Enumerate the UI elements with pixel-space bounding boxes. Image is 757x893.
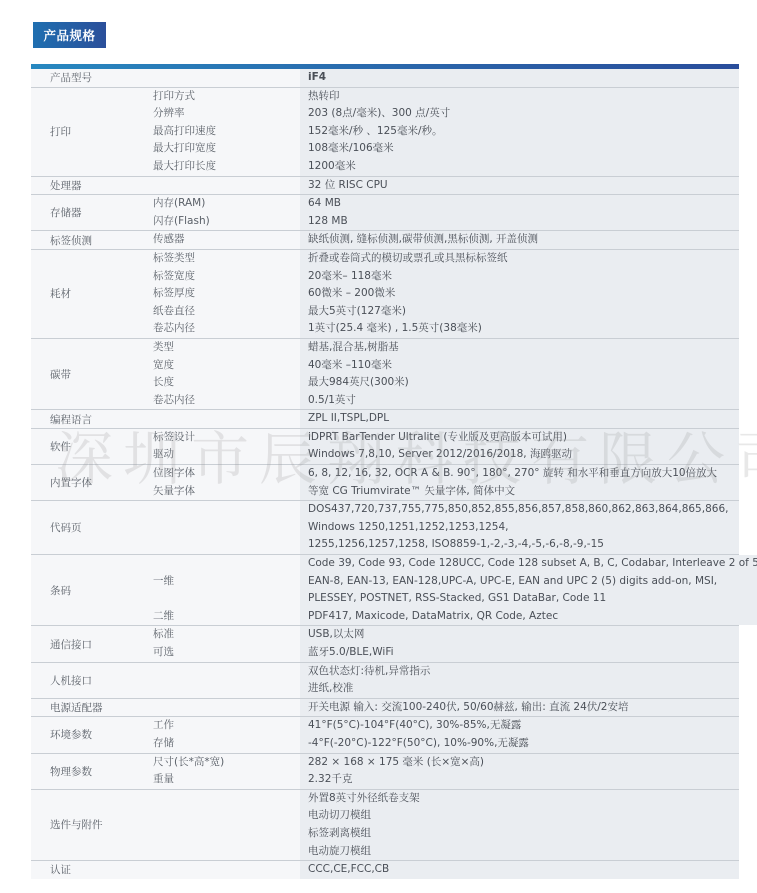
spec-subcategory: 最大打印宽度: [153, 140, 300, 158]
spec-subcategory: 标签宽度: [153, 268, 300, 286]
spec-value: 41°F(5°C)-104°F(40°C), 30%-85%,无凝露: [308, 717, 739, 735]
spec-subcategory: 分辨率: [153, 105, 300, 123]
spec-group: 代码页DOS437,720,737,755,775,850,852,855,85…: [31, 501, 739, 555]
spec-category: 人机接口: [31, 663, 153, 698]
spec-category: 内置字体: [31, 465, 153, 500]
spec-subcategory: 工作: [153, 717, 300, 735]
spec-subcategory: 纸卷直径: [153, 303, 300, 321]
spec-group: 通信接口标准可选USB,以太网蓝牙5.0/BLE,WiFi: [31, 626, 739, 662]
spec-value: 60微米 – 200微米: [308, 285, 739, 303]
spec-value: EAN-8, EAN-13, EAN-128,UPC-A, UPC-E, EAN…: [308, 573, 757, 591]
spec-value: 2.32千克: [308, 771, 739, 789]
spec-subcategory-column: [153, 790, 300, 860]
spec-value-column: Code 39, Code 93, Code 128UCC, Code 128 …: [300, 555, 757, 625]
spec-category: 编程语言: [31, 410, 153, 428]
spec-subcategory: [153, 680, 300, 698]
spec-group: 耗材标签类型标签宽度标签厚度纸卷直径卷芯内径折叠或卷筒式的模切或票孔或具黑标标签…: [31, 250, 739, 339]
spec-value-column: 282 × 168 × 175 毫米 (长×宽×高)2.32千克: [300, 754, 739, 789]
spec-subcategory: [153, 699, 300, 717]
spec-value: 热转印: [308, 88, 739, 106]
spec-subcategory-column: 标准可选: [153, 626, 300, 661]
spec-subcategory: [153, 177, 300, 195]
spec-subcategory-column: 内存(RAM)闪存(Flash): [153, 195, 300, 230]
spec-category: 环境参数: [31, 717, 153, 752]
spec-category: 软件: [31, 429, 153, 464]
spec-value: 蓝牙5.0/BLE,WiFi: [308, 644, 739, 662]
spec-value: Windows 7,8,10, Server 2012/2016/2018, 海…: [308, 446, 739, 464]
spec-value: Code 39, Code 93, Code 128UCC, Code 128 …: [308, 555, 757, 573]
spec-category: 耗材: [31, 250, 153, 338]
spec-subcategory: 长度: [153, 374, 300, 392]
spec-value: 128 MB: [308, 213, 739, 231]
spec-group: 软件标签设计驱动iDPRT BarTender Ultralite (专业版及更…: [31, 429, 739, 465]
spec-value: ZPL II,TSPL,DPL: [308, 410, 739, 428]
spec-value-column: DOS437,720,737,755,775,850,852,855,856,8…: [300, 501, 739, 554]
spec-subcategory: 卷芯内径: [153, 392, 300, 410]
spec-subcategory-column: 工作存储: [153, 717, 300, 752]
spec-subcategory: [153, 590, 300, 608]
spec-group: 内置字体位图字体矢量字体6, 8, 12, 16, 32, OCR A & B.…: [31, 465, 739, 501]
spec-value: 双色状态灯:待机,异常指示: [308, 663, 739, 681]
spec-subcategory: [153, 410, 300, 428]
spec-value: 折叠或卷筒式的模切或票孔或具黑标标签纸: [308, 250, 739, 268]
spec-subcategory: 标签设计: [153, 429, 300, 447]
spec-group: 环境参数工作存储41°F(5°C)-104°F(40°C), 30%-85%,无…: [31, 717, 739, 753]
spec-value-column: 41°F(5°C)-104°F(40°C), 30%-85%,无凝露-4°F(-…: [300, 717, 739, 752]
spec-subcategory: 标准: [153, 626, 300, 644]
spec-subcategory: 最高打印速度: [153, 123, 300, 141]
spec-value-column: 双色状态灯:待机,异常指示进纸,校准: [300, 663, 739, 698]
spec-subcategory-column: [153, 501, 300, 554]
spec-subcategory: 二维: [153, 608, 300, 626]
spec-subcategory-column: 位图字体矢量字体: [153, 465, 300, 500]
spec-value: 最大5英寸(127毫米): [308, 303, 739, 321]
spec-value: 203 (8点/毫米)、300 点/英寸: [308, 105, 739, 123]
spec-value: 1英寸(25.4 毫米) , 1.5英寸(38毫米): [308, 320, 739, 338]
spec-value: 电动旋刀模组: [308, 843, 739, 861]
spec-group: 标签侦测传感器缺纸侦测, 缝标侦测,碳带侦测,黑标侦测, 开盖侦测: [31, 231, 739, 250]
spec-subcategory: [153, 555, 300, 573]
spec-value: -4°F(-20°C)-122°F(50°C), 10%-90%,无凝露: [308, 735, 739, 753]
spec-subcategory-column: [153, 177, 300, 195]
spec-subcategory: 尺寸(长*高*宽): [153, 754, 300, 772]
spec-group: 产品型号iF4: [31, 69, 739, 88]
spec-value: 108毫米/106毫米: [308, 140, 739, 158]
spec-value: 标签剥离模组: [308, 825, 739, 843]
spec-value-column: iF4: [300, 69, 739, 87]
spec-value: PDF417, Maxicode, DataMatrix, QR Code, A…: [308, 608, 757, 626]
spec-table: 产品型号iF4打印打印方式分辨率最高打印速度最大打印宽度最大打印长度热转印203…: [31, 69, 739, 879]
spec-subcategory: 打印方式: [153, 88, 300, 106]
spec-group: 处理器32 位 RISC CPU: [31, 177, 739, 196]
spec-value-column: 热转印203 (8点/毫米)、300 点/英寸152毫米/秒 、125毫米/秒。…: [300, 88, 739, 176]
spec-value-column: 32 位 RISC CPU: [300, 177, 739, 195]
spec-value: 40毫米 –110毫米: [308, 357, 739, 375]
spec-subcategory: 标签类型: [153, 250, 300, 268]
spec-subcategory-column: 尺寸(长*高*宽)重量: [153, 754, 300, 789]
spec-value: 最大984英尺(300米): [308, 374, 739, 392]
spec-subcategory: 可选: [153, 644, 300, 662]
spec-value: 64 MB: [308, 195, 739, 213]
spec-value: 20毫米– 118毫米: [308, 268, 739, 286]
spec-subcategory: [153, 69, 300, 87]
spec-value-column: 折叠或卷筒式的模切或票孔或具黑标标签纸20毫米– 118毫米60微米 – 200…: [300, 250, 739, 338]
spec-subcategory: 卷芯内径: [153, 320, 300, 338]
spec-value-column: USB,以太网蓝牙5.0/BLE,WiFi: [300, 626, 739, 661]
spec-value-column: 缺纸侦测, 缝标侦测,碳带侦测,黑标侦测, 开盖侦测: [300, 231, 739, 249]
spec-value: 282 × 168 × 175 毫米 (长×宽×高): [308, 754, 739, 772]
spec-category: 产品型号: [31, 69, 153, 87]
spec-value: CCC,CE,FCC,CB: [308, 861, 739, 879]
spec-group: 存储器内存(RAM)闪存(Flash)64 MB128 MB: [31, 195, 739, 231]
spec-subcategory-column: [153, 699, 300, 717]
spec-value: 1255,1256,1257,1258, ISO8859-1,-2,-3,-4,…: [308, 536, 739, 554]
spec-value-column: 6, 8, 12, 16, 32, OCR A & B. 90°, 180°, …: [300, 465, 739, 500]
spec-value: iDPRT BarTender Ultralite (专业版及更高版本可试用): [308, 429, 739, 447]
spec-value: 进纸,校准: [308, 680, 739, 698]
spec-subcategory: 矢量字体: [153, 483, 300, 501]
spec-value: 电动切刀模组: [308, 807, 739, 825]
spec-subcategory: 一维: [153, 573, 300, 591]
spec-group: 人机接口双色状态灯:待机,异常指示进纸,校准: [31, 663, 739, 699]
spec-value-column: iDPRT BarTender Ultralite (专业版及更高版本可试用)W…: [300, 429, 739, 464]
spec-category: 存储器: [31, 195, 153, 230]
spec-subcategory: 宽度: [153, 357, 300, 375]
spec-subcategory: [153, 663, 300, 681]
spec-subcategory: 标签厚度: [153, 285, 300, 303]
spec-category: 条码: [31, 555, 153, 625]
spec-value: USB,以太网: [308, 626, 739, 644]
spec-subcategory-column: [153, 410, 300, 428]
spec-value: 152毫米/秒 、125毫米/秒。: [308, 123, 739, 141]
spec-value: PLESSEY, POSTNET, RSS-Stacked, GS1 DataB…: [308, 590, 757, 608]
spec-value: 外置8英寸外径纸卷支架: [308, 790, 739, 808]
spec-group: 选件与附件外置8英寸外径纸卷支架电动切刀模组标签剥离模组电动旋刀模组: [31, 790, 739, 861]
spec-category: 通信接口: [31, 626, 153, 661]
spec-category: 标签侦测: [31, 231, 153, 249]
spec-subcategory-column: 标签类型标签宽度标签厚度纸卷直径卷芯内径: [153, 250, 300, 338]
spec-value: 等宽 CG Triumvirate™ 矢量字体, 简体中文: [308, 483, 739, 501]
spec-subcategory: 位图字体: [153, 465, 300, 483]
spec-value-column: CCC,CE,FCC,CB: [300, 861, 739, 879]
spec-subcategory-column: [153, 663, 300, 698]
spec-value: 缺纸侦测, 缝标侦测,碳带侦测,黑标侦测, 开盖侦测: [308, 231, 739, 249]
spec-subcategory-column: 类型宽度长度卷芯内径: [153, 339, 300, 409]
spec-subcategory: [153, 861, 300, 879]
spec-value-column: 蜡基,混合基,树脂基40毫米 –110毫米最大984英尺(300米)0.5/1英…: [300, 339, 739, 409]
spec-group: 电源适配器开关电源 输入: 交流100-240伏, 50/60赫兹, 输出: 直…: [31, 699, 739, 718]
spec-subcategory: 重量: [153, 771, 300, 789]
spec-value: 6, 8, 12, 16, 32, OCR A & B. 90°, 180°, …: [308, 465, 739, 483]
spec-category: 电源适配器: [31, 699, 153, 717]
spec-value: DOS437,720,737,755,775,850,852,855,856,8…: [308, 501, 739, 519]
spec-subcategory-column: 一维二维: [153, 555, 300, 625]
spec-group: 编程语言ZPL II,TSPL,DPL: [31, 410, 739, 429]
spec-value: iF4: [308, 69, 739, 87]
spec-subcategory: [153, 790, 300, 808]
spec-category: 处理器: [31, 177, 153, 195]
spec-value-column: ZPL II,TSPL,DPL: [300, 410, 739, 428]
spec-subcategory: 闪存(Flash): [153, 213, 300, 231]
spec-group: 打印打印方式分辨率最高打印速度最大打印宽度最大打印长度热转印203 (8点/毫米…: [31, 88, 739, 177]
spec-subcategory: [153, 536, 300, 554]
spec-value: 开关电源 输入: 交流100-240伏, 50/60赫兹, 输出: 直流 24伏…: [308, 699, 739, 717]
spec-subcategory: [153, 825, 300, 843]
spec-subcategory: [153, 807, 300, 825]
spec-value-column: 64 MB128 MB: [300, 195, 739, 230]
spec-group: 碳带类型宽度长度卷芯内径蜡基,混合基,树脂基40毫米 –110毫米最大984英尺…: [31, 339, 739, 410]
spec-category: 认证: [31, 861, 153, 879]
spec-group: 物理参数尺寸(长*高*宽)重量282 × 168 × 175 毫米 (长×宽×高…: [31, 754, 739, 790]
spec-group: 认证CCC,CE,FCC,CB: [31, 861, 739, 879]
spec-value: 0.5/1英寸: [308, 392, 739, 410]
spec-subcategory: 传感器: [153, 231, 300, 249]
spec-value-column: 外置8英寸外径纸卷支架电动切刀模组标签剥离模组电动旋刀模组: [300, 790, 739, 860]
spec-subcategory: 内存(RAM): [153, 195, 300, 213]
spec-value: 1200毫米: [308, 158, 739, 176]
spec-value: 蜡基,混合基,树脂基: [308, 339, 739, 357]
spec-subcategory: [153, 501, 300, 519]
section-title: 产品规格: [33, 22, 106, 48]
spec-category: 代码页: [31, 501, 153, 554]
spec-value: 32 位 RISC CPU: [308, 177, 739, 195]
spec-subcategory-column: 传感器: [153, 231, 300, 249]
spec-subcategory-column: 标签设计驱动: [153, 429, 300, 464]
spec-subcategory: 驱动: [153, 446, 300, 464]
spec-subcategory: 类型: [153, 339, 300, 357]
spec-category: 打印: [31, 88, 153, 176]
spec-value-column: 开关电源 输入: 交流100-240伏, 50/60赫兹, 输出: 直流 24伏…: [300, 699, 739, 717]
spec-subcategory: [153, 519, 300, 537]
spec-category: 选件与附件: [31, 790, 153, 860]
spec-subcategory-column: 打印方式分辨率最高打印速度最大打印宽度最大打印长度: [153, 88, 300, 176]
spec-subcategory: 存储: [153, 735, 300, 753]
spec-value: Windows 1250,1251,1252,1253,1254,: [308, 519, 739, 537]
spec-subcategory-column: [153, 861, 300, 879]
spec-group: 条码一维二维Code 39, Code 93, Code 128UCC, Cod…: [31, 555, 739, 626]
spec-subcategory: [153, 843, 300, 861]
spec-category: 物理参数: [31, 754, 153, 789]
spec-subcategory-column: [153, 69, 300, 87]
spec-subcategory: 最大打印长度: [153, 158, 300, 176]
spec-category: 碳带: [31, 339, 153, 409]
